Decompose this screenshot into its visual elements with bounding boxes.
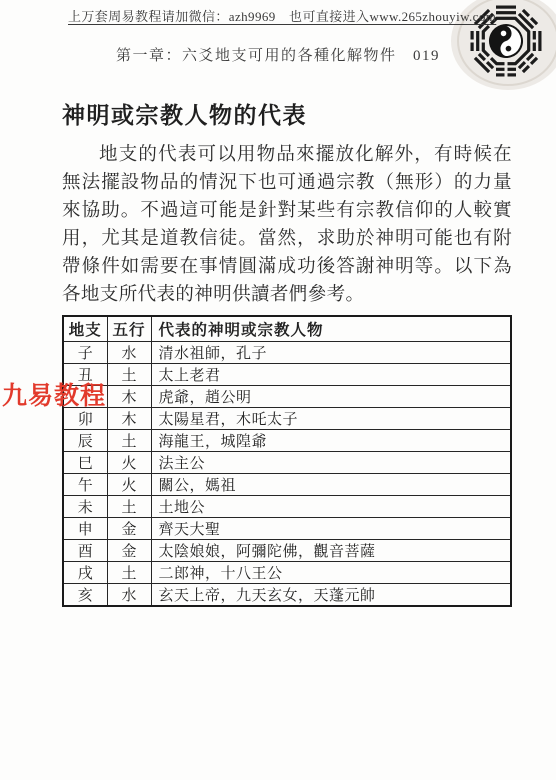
table-row: 巳火法主公 [63,452,511,474]
cell-deities: 土地公 [151,496,511,518]
column-header-2: 代表的神明或宗教人物 [151,316,511,342]
table-row: 戌土二郎神，十八王公 [63,562,511,584]
cell-deities: 齊天大聖 [151,518,511,540]
cell-element: 火 [107,452,151,474]
cell-branch: 辰 [63,430,107,452]
cell-element: 木 [107,386,151,408]
cell-element: 金 [107,540,151,562]
column-header-0: 地支 [63,316,107,342]
table-row: 未土土地公 [63,496,511,518]
cell-element: 火 [107,474,151,496]
cell-deities: 虎爺，趙公明 [151,386,511,408]
cell-branch: 子 [63,342,107,364]
table-row: 卯木太陽星君，木吒太子 [63,408,511,430]
cell-element: 水 [107,342,151,364]
cell-deities: 關公，媽祖 [151,474,511,496]
cell-branch: 申 [63,518,107,540]
book-page: 上万套周易教程请加微信：azh9969 也可直接进入www.265zhouyiw… [0,0,556,780]
deity-table-header-row: 地支五行代表的神明或宗教人物 [63,316,511,342]
cell-element: 土 [107,364,151,386]
table-row: 亥水玄天上帝，九天玄女，天蓬元帥 [63,584,511,607]
cell-element: 木 [107,408,151,430]
cell-branch: 亥 [63,584,107,607]
cell-deities: 海龍王，城隍爺 [151,430,511,452]
cell-branch: 午 [63,474,107,496]
cell-deities: 太陽星君，木吒太子 [151,408,511,430]
trigram-icon [496,6,516,20]
red-watermark: 九易教程 [2,376,106,412]
body-paragraph: 地支的代表可以用物品來擺放化解外，有時候在無法擺設物品的情況下也可通過宗教（無形… [62,141,512,309]
cell-branch: 戌 [63,562,107,584]
cell-element: 土 [107,430,151,452]
chapter-heading: 第一章：六爻地支可用的各種化解物件 019 [0,44,556,65]
cell-element: 土 [107,496,151,518]
cell-element: 金 [107,518,151,540]
cell-element: 土 [107,562,151,584]
cell-element: 水 [107,584,151,607]
cell-deities: 玄天上帝，九天玄女，天蓬元帥 [151,584,511,607]
table-row: 丑土太上老君 [63,364,511,386]
table-row: 木虎爺，趙公明 [63,386,511,408]
column-header-1: 五行 [107,316,151,342]
table-row: 子水清水祖師，孔子 [63,342,511,364]
table-row: 午火關公，媽祖 [63,474,511,496]
section-title: 神明或宗教人物的代表 [62,97,307,130]
cell-branch: 未 [63,496,107,518]
cell-deities: 太上老君 [151,364,511,386]
cell-deities: 清水祖師，孔子 [151,342,511,364]
cell-deities: 法主公 [151,452,511,474]
cell-branch: 巳 [63,452,107,474]
deity-table: 地支五行代表的神明或宗教人物 子水清水祖師，孔子丑土太上老君木虎爺，趙公明卯木太… [62,315,512,607]
cell-branch: 酉 [63,540,107,562]
cell-deities: 太陰娘娘，阿彌陀佛，觀音菩薩 [151,540,511,562]
table-row: 酉金太陰娘娘，阿彌陀佛，觀音菩薩 [63,540,511,562]
table-row: 辰土海龍王，城隍爺 [63,430,511,452]
top-promo-note: 上万套周易教程请加微信：azh9969 也可直接进入www.265zhouyiw… [68,6,496,25]
cell-deities: 二郎神，十八王公 [151,562,511,584]
table-row: 申金齊天大聖 [63,518,511,540]
